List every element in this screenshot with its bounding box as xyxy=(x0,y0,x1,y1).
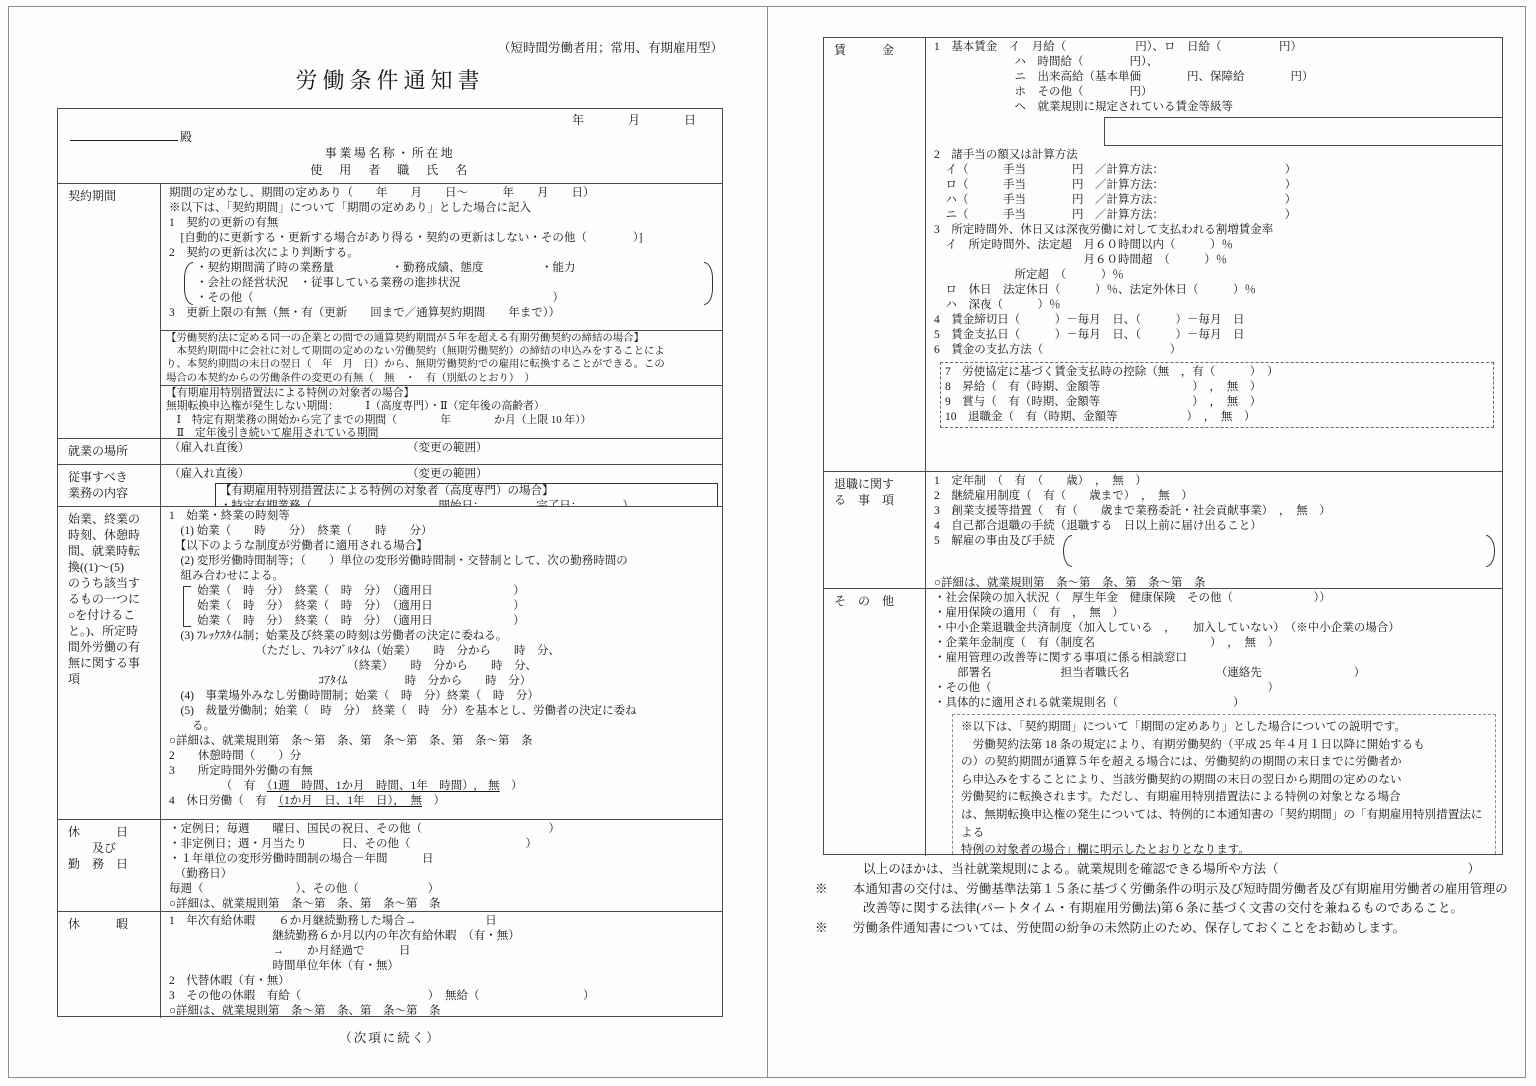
label-other: そ の 他 xyxy=(824,589,926,856)
overtime-pre: （ 有 xyxy=(169,780,267,792)
label-line: 賃 金 xyxy=(834,42,921,58)
overtime-post: ） xyxy=(500,780,523,792)
other-line: ・雇用保険の適用（ 有 ， 無 ） xyxy=(934,606,1498,621)
holiday-work-underlined: （1か月 日、1年 日）， 無 xyxy=(278,795,422,807)
page2-bottom-notes: 以上のほかは、当社就業規則による。就業規則を確認できる場所や方法（ ） ※ 本通… xyxy=(815,860,1509,938)
row-wages: 賃 金 1 基本賃金 イ 月給（ 円）、ロ 日給（ 円） ハ 時間給（ 円）、 … xyxy=(824,38,1502,471)
wage-line: 3 所定時間外、休日又は深夜労働に対して支払われる割増賃金率 xyxy=(934,223,1498,238)
row-leave: 休 暇 1 年次有給休暇 ６か月継続勤務した場合→ 日 継続勤務６か月以内の年次… xyxy=(58,911,722,1018)
other-line: ・企業年金制度（ 有（制度名 ） ， 無 ） xyxy=(934,636,1498,651)
leave-line: 時間単位年休（有・無） xyxy=(169,959,718,974)
explanation-line: は、無期転換申込権の発生については、特例的に本通知書の「契約期間」の「有期雇用特… xyxy=(961,806,1489,841)
wage-line: 1 基本賃金 イ 月給（ 円）、ロ 日給（ 円） xyxy=(934,40,1498,55)
explanation-line: 労働契約法第 18 条の規定により、有期労働契約（平成 25 年４月１日以降に開… xyxy=(961,736,1489,754)
dismissal-line: 5 解雇の事由及び手続 xyxy=(934,534,1498,568)
label-working-hours: 始業、終業の時刻、休憩時間、就業時転換((1)～(5)のうち該当するもの一つに○… xyxy=(58,507,161,819)
label-line: 間、就業時転 xyxy=(68,543,156,559)
form-type-note: （短時間労働者用；常用、有期雇用型） xyxy=(57,38,723,56)
label-line: 就業の場所 xyxy=(68,443,156,459)
addressee-suffix: 殿 xyxy=(180,130,192,144)
hours-line: (2) 変形労働時間制等；（ ）単位の変形労働時間制・交替制として、次の勤務時間… xyxy=(169,554,718,569)
wage-line: 4 賃金締切日（ ）－毎月 日、（ ）－毎月 日 xyxy=(934,313,1498,328)
contract-line: 1 契約の更新の有無 xyxy=(169,216,718,231)
content-duties: （雇入れ直後）（変更の範囲） 【有期雇用特別措置法による特例の対象者（高度専門）… xyxy=(161,465,722,506)
leave-line: ○詳細は、就業規則第 条～第 条、第 条～第 条 xyxy=(169,1004,718,1018)
renewal-criteria-line: ・その他（ ） xyxy=(196,291,701,306)
special-fixed-term-line: 【有期雇用特別措置法による特例の対象者（高度専門）の場合】 xyxy=(220,484,713,499)
hours-line: (1) 始業（ 時 分） 終業（ 時 分） xyxy=(169,524,718,539)
hired-immediately: （雇入れ直後） xyxy=(169,467,407,482)
contract-line: 2 契約の更新は次により判断する。 xyxy=(169,246,718,261)
wage-line: ロ（ 手当 円 ／計算方法： ） xyxy=(934,178,1498,193)
employer-name-address: 事業場名称・所在地 xyxy=(66,145,714,162)
holiday-line: 毎週（ ）、その他（ ） xyxy=(169,882,718,897)
wage-line: ニ（ 手当 円 ／計算方法： ） xyxy=(934,208,1498,223)
label-leave: 休 暇 xyxy=(58,912,161,1018)
other-line: ・中小企業退職金共済制度（加入している ， 加入していない） （※中小企業の場合… xyxy=(934,621,1498,636)
label-line: 項 xyxy=(68,671,156,687)
special-fixed-term-line: ・特定有期業務（ 開始日： 完了日： ） xyxy=(220,499,713,506)
label-wages: 賃 金 xyxy=(824,38,926,471)
hours-line: 組み合わせによる。 xyxy=(169,569,718,584)
date-line: 年 月 日 xyxy=(66,112,714,128)
hours-line: ○詳細は、就業規則第 条～第 条、第 条～第 条、第 条～第 条 xyxy=(169,734,718,749)
contract-period-main: 期間の定めなし、期間の定めあり（ 年 月 日～ 年 月 日）※以下は、「契約期間… xyxy=(161,184,722,330)
content-holidays: ・定例日；毎週 曜日、国民の祝日、その他（ ）・非定例日；週・月当たり 日、その… xyxy=(161,820,722,911)
content-contract-period: 期間の定めなし、期間の定めあり（ 年 月 日～ 年 月 日）※以下は、「契約期間… xyxy=(161,184,722,438)
leave-line: 2 代替休暇（有・無） xyxy=(169,974,718,989)
retirement-line: 2 継続雇用制度（ 有（ 歳まで） ， 無 ） xyxy=(934,489,1498,504)
wage-line: 6 賃金の支払方法（ ） xyxy=(934,343,1498,358)
hours-line: ｺｱﾀｲﾑ 時 分から 時 分） xyxy=(169,674,718,689)
label-line: 始業、終業の xyxy=(68,511,156,527)
document-title: 労働条件通知書 xyxy=(57,64,723,95)
hours-line: 【以下のような制度が労働者に適用される場合】 xyxy=(169,539,718,554)
wage-deduction-box: 7 労使協定に基づく賃金支払時の控除（無 ，有（ ） ）8 昇給（ 有（時期、金… xyxy=(940,362,1494,428)
shift-pattern-block: 始業（ 時 分） 終業（ 時 分） （適用日 ）始業（ 時 分） 終業（ 時 分… xyxy=(169,584,716,629)
hours-line: 2 休憩時間（ ）分 xyxy=(169,749,718,764)
wage-line: 月６０時間超 （ ）％ xyxy=(934,253,1498,268)
holiday-work-pre: 4 休日労働（ 有 xyxy=(169,795,278,807)
label-line: 従事すべき xyxy=(68,469,156,485)
other-line: ・社会保険の加入状況（ 厚生年金 健康保険 その他（ ）） xyxy=(934,591,1498,606)
explanation-line: の）の契約期間が通算５年を超える場合には、労働契約の期間の末日までに労働者か xyxy=(961,753,1489,771)
wage-line: ハ（ 手当 円 ／計算方法： ） xyxy=(934,193,1498,208)
bracket-left xyxy=(183,586,191,627)
holiday-work-line: 4 休日労働（ 有 （1か月 日、1年 日）， 無 ） xyxy=(169,794,718,809)
conversion-line: 場合の本契約からの労働条件の変更の有無（ 無 ・ 有（別紙のとおり） ） xyxy=(166,372,719,385)
special-measures-line: Ⅱ 定年後引き続いて雇用されている期間 xyxy=(166,427,719,438)
wage-line: ハ 時間給（ 円）、 xyxy=(934,55,1498,70)
deduction-line: 7 労使協定に基づく賃金支払時の控除（無 ，有（ ） ） xyxy=(945,365,1489,380)
contract-conversion-block: 【労働契約法に定める同一の企業との間での通算契約期間が５年を超える有期労働契約の… xyxy=(161,330,722,385)
label-line: 時刻、休憩時 xyxy=(68,527,156,543)
label-line: 退職に関す xyxy=(834,476,921,492)
dismissal-blank xyxy=(1075,534,1483,568)
contract-line: ※以下は、「契約期間」について「期間の定めあり」とした場合に記入 xyxy=(169,201,718,216)
deduction-line: 10 退職金（ 有（時期、金額等 ） ， 無 ） xyxy=(945,410,1489,425)
other-line: 部署名 担当者職氏名 （連絡先 ） xyxy=(934,666,1498,681)
conversion-line: 【労働契約法に定める同一の企業との間での通算契約期間が５年を超える有期労働契約の… xyxy=(166,332,719,345)
special-measures-line: Ⅰ 特定有期業務の開始から完了までの期間（ 年 か月（上限 10 年）） xyxy=(166,414,719,427)
leave-line: 3 その他の休暇 有給（ ） 無給（ ） xyxy=(169,989,718,1004)
hours-line: 3 所定時間外労働の有無 xyxy=(169,764,718,779)
page2-table: 賃 金 1 基本賃金 イ 月給（ 円）、ロ 日給（ 円） ハ 時間給（ 円）、 … xyxy=(823,37,1503,855)
row-duties: 従事すべき業務の内容 （雇入れ直後）（変更の範囲） 【有期雇用特別措置法による特… xyxy=(58,464,722,506)
deduction-line: 9 賞与（ 有（時期、金額等 ） ， 無 ） xyxy=(945,395,1489,410)
hours-line: (4) 事業場外みなし労働時間制；始業（ 時 分）終業（ 時 分） xyxy=(169,689,718,704)
holiday-line: ○詳細は、就業規則第 条～第 条、第 条～第 条 xyxy=(169,897,718,911)
label-line: 業務の内容 xyxy=(68,485,156,501)
label-work-location: 就業の場所 xyxy=(58,439,161,464)
big-paren-right xyxy=(1486,535,1495,567)
header-row: 年 月 日 殿 事業場名称・所在地 使 用 者 職 氏 名 xyxy=(58,109,722,183)
hours-line: （ただし、ﾌﾚｷｼﾌﾞﾙﾀｲﾑ（始業） 時 分から 時 分、 xyxy=(169,644,718,659)
wage-line: イ（ 手当 円 ／計算方法： ） xyxy=(934,163,1498,178)
content-other: ・社会保険の加入状況（ 厚生年金 健康保険 その他（ ））・雇用保険の適用（ 有… xyxy=(926,589,1502,856)
label-line: そ の 他 xyxy=(834,593,921,609)
content-work-location: （雇入れ直後）（変更の範囲） xyxy=(161,439,722,464)
label-holidays: 休 日 及び勤 務 日 xyxy=(58,820,161,911)
label-line: のうち該当す xyxy=(68,575,156,591)
contract-line: [自動的に更新する・更新する場合があり得る・契約の更新はしない・その他（ ）] xyxy=(169,231,718,246)
other-line: ・その他（ ） xyxy=(934,681,1498,696)
label-line: 及び xyxy=(68,840,156,856)
big-paren-right xyxy=(704,262,713,305)
holiday-line: ・定例日；毎週 曜日、国民の祝日、その他（ ） xyxy=(169,822,718,837)
addressee-line: 殿 xyxy=(66,128,714,145)
wage-line: 2 諸手当の額又は計算方法 xyxy=(934,148,1498,163)
label-line: 間外労働の有 xyxy=(68,639,156,655)
retirement-line: 4 自己都合退職の手続（退職する 日以上前に届け出ること） xyxy=(934,519,1498,534)
row-retirement: 退職に関する 事 項 1 定年制 （ 有 （ 歳） ， 無 ）2 継続雇用制度（… xyxy=(824,471,1502,588)
row-work-location: 就業の場所 （雇入れ直後）（変更の範囲） xyxy=(58,438,722,464)
holiday-line: ・１年単位の変形労働時間制の場合－年間 日 xyxy=(169,852,718,867)
label-line: と。)、所定時 xyxy=(68,623,156,639)
leave-line: → か月経過で 日 xyxy=(169,944,718,959)
label-line: 無に関する事 xyxy=(68,655,156,671)
explanation-line: 労働契約に転換されます。ただし、有期雇用特別措置法による特例の対象となる場合 xyxy=(961,788,1489,806)
wage-line: イ 所定時間外、法定超 月６０時間以内（ ）％ xyxy=(934,238,1498,253)
special-measures-line: 無期転換申込権が発生しない期間： Ⅰ（高度専門）・Ⅱ（定年後の高齢者） xyxy=(166,400,719,413)
label-line: ○を付けるこ xyxy=(68,607,156,623)
explanation-line: ら申込みをすることにより、当該労働契約の期間の末日の翌日から期間の定めのない xyxy=(961,771,1489,789)
wage-grade-box xyxy=(1104,117,1502,146)
shift-line: 始業（ 時 分） 終業（ 時 分） （適用日 ） xyxy=(197,614,716,629)
big-paren-left xyxy=(1063,535,1072,567)
fixed-term-explanation-box: ※以下は、「契約期間」について「期間の定めあり」とした場合についての説明です。 … xyxy=(952,714,1496,856)
wage-line: ロ 休日 法定休日（ ）％、法定外休日（ ）％ xyxy=(934,283,1498,298)
label-line: 契約期間 xyxy=(68,188,156,204)
retirement-detail-line: ○詳細は、就業規則第 条～第 条、第 条～第 条 xyxy=(934,576,1498,588)
retirement-line: 1 定年制 （ 有 （ 歳） ， 無 ） xyxy=(934,474,1498,489)
note-keep-document: ※ 労働条件通知書については、労使間の紛争の未然防止のため、保存しておくことをお… xyxy=(815,919,1509,939)
label-duties: 従事すべき業務の内容 xyxy=(58,465,161,506)
wage-line: ニ 出来高給（基本単価 円、保障給 円） xyxy=(934,70,1498,85)
hours-line: 1 始業・終業の時刻等 xyxy=(169,509,718,524)
content-working-hours: 1 始業・終業の時刻等 (1) 始業（ 時 分） 終業（ 時 分） 【以下のよう… xyxy=(161,507,722,819)
renewal-criteria-block: ・契約期間満了時の業務量 ・勤務成績、態度 ・能力・会社の経営状況 ・従事してい… xyxy=(181,261,716,306)
holiday-work-post: ） xyxy=(422,795,445,807)
wage-line: ハ 深夜（ ）％ xyxy=(934,298,1498,313)
holiday-line: （勤務日） xyxy=(169,867,718,882)
wage-line: 5 賃金支払日（ ）－毎月 日、（ ）－毎月 日 xyxy=(934,328,1498,343)
note-work-rules: 以上のほかは、当社就業規則による。就業規則を確認できる場所や方法（ ） xyxy=(815,860,1509,880)
big-paren-left xyxy=(184,262,193,305)
label-line: 換((1)～(5) xyxy=(68,559,156,575)
content-wages: 1 基本賃金 イ 月給（ 円）、ロ 日給（ 円） ハ 時間給（ 円）、 ニ 出来… xyxy=(926,38,1502,471)
dismissal-label: 5 解雇の事由及び手続 xyxy=(934,534,1055,568)
duties-line: （雇入れ直後）（変更の範囲） xyxy=(169,467,718,482)
overtime-underlined: （1週 時間、1か月 時間、1年 時間）, 無 xyxy=(267,780,500,792)
label-line: 勤 務 日 xyxy=(68,856,156,872)
page-divider-line xyxy=(767,6,768,1078)
wage-line: ヘ 就業規則に規定されている賃金等級等 xyxy=(934,100,1498,115)
special-measures-line: 【有期雇用特別措置法による特例の対象者の場合】 xyxy=(166,387,719,400)
note-legal-basis: ※ 本通知書の交付は、労働基準法第１５条に基づく労働条件の明示及び短時間労働者及… xyxy=(815,880,1509,919)
hours-line: （終業） 時 分から 時 分、 xyxy=(169,659,718,674)
page1-footer: （次項に続く） xyxy=(57,1028,723,1046)
row-contract-period: 契約期間 期間の定めなし、期間の定めあり（ 年 月 日～ 年 月 日）※以下は、… xyxy=(58,183,722,438)
page1-table: 年 月 日 殿 事業場名称・所在地 使 用 者 職 氏 名 契約期間 期間の定め… xyxy=(57,108,723,1017)
label-line: 休 日 xyxy=(68,824,156,840)
wage-line: 所定超 （ ）％ xyxy=(934,268,1498,283)
overtime-line: （ 有 （1週 時間、1か月 時間、1年 時間）, 無 ） xyxy=(169,779,718,794)
special-measures-block: 【有期雇用特別措置法による特例の対象者の場合】無期転換申込権が発生しない期間： … xyxy=(161,385,722,438)
holiday-line: ・非定例日；週・月当たり 日、その他（ ） xyxy=(169,837,718,852)
leave-line: 1 年次有給休暇 ６か月継続勤務した場合→ 日 xyxy=(169,914,718,929)
change-scope: （変更の範囲） xyxy=(407,468,488,480)
label-line: るもの一つに xyxy=(68,591,156,607)
label-contract-period: 契約期間 xyxy=(58,184,161,438)
other-line: ・具体的に適用される就業規則名（ ） xyxy=(934,696,1498,711)
content-retirement: 1 定年制 （ 有 （ 歳） ， 無 ）2 継続雇用制度（ 有（ 歳まで） ， … xyxy=(926,472,1502,588)
hours-line: (3) ﾌﾚｯｸｽﾀｲﾑ制；始業及び終業の時刻は労働者の決定に委ねる。 xyxy=(169,629,718,644)
wage-line: ホ その他（ 円） xyxy=(934,85,1498,100)
row-other: そ の 他 ・社会保険の加入状況（ 厚生年金 健康保険 その他（ ））・雇用保険… xyxy=(824,588,1502,856)
shift-line: 始業（ 時 分） 終業（ 時 分） （適用日 ） xyxy=(197,584,716,599)
addressee-blank-underline xyxy=(70,128,178,141)
hired-immediately: （雇入れ直後） xyxy=(169,441,407,456)
deduction-line: 8 昇給（ 有（時期、金額等 ） ， 無 ） xyxy=(945,380,1489,395)
hours-line: る。 xyxy=(169,719,718,734)
work-location-line: （雇入れ直後）（変更の範囲） xyxy=(169,441,718,456)
conversion-line: り、本契約期間の末日の翌日（ 年 月 日）から、無期労働契約での雇用に転換するこ… xyxy=(166,358,719,371)
retirement-line: 3 創業支援等措置（ 有（ 歳まで業務委託・社会貢献事業） ， 無 ） xyxy=(934,504,1498,519)
renewal-criteria-line: ・会社の経営状況 ・従事している業務の進捗状況 xyxy=(196,276,701,291)
renewal-criteria-line: ・契約期間満了時の業務量 ・勤務成績、態度 ・能力 xyxy=(196,261,701,276)
content-leave: 1 年次有給休暇 ６か月継続勤務した場合→ 日 継続勤務６か月以内の年次有給休暇… xyxy=(161,912,722,1018)
explanation-line: 特例の対象者の場合」欄に明示したとおりとなります。 xyxy=(961,841,1489,856)
leave-line: 継続勤務６か月以内の年次有給休暇 （有・無） xyxy=(169,929,718,944)
special-fixed-term-box: 【有期雇用特別措置法による特例の対象者（高度専門）の場合】・特定有期業務（ 開始… xyxy=(215,483,718,506)
change-scope: （変更の範囲） xyxy=(407,442,488,454)
label-line: る 事 項 xyxy=(834,492,921,508)
row-working-hours: 始業、終業の時刻、休憩時間、就業時転換((1)～(5)のうち該当するもの一つに○… xyxy=(58,506,722,819)
contract-line: 期間の定めなし、期間の定めあり（ 年 月 日～ 年 月 日） xyxy=(169,186,718,201)
explanation-line: ※以下は、「契約期間」について「期間の定めあり」とした場合についての説明です。 xyxy=(961,718,1489,736)
renewal-limit-line: 3 更新上限の有無（無・有（更新 回まで／通算契約期間 年まで）） xyxy=(169,306,718,321)
shift-line: 始業（ 時 分） 終業（ 時 分） （適用日 ） xyxy=(197,599,716,614)
conversion-line: 本契約期間中に会社に対して期間の定めのない労働契約（無期労働契約）の締結の申込み… xyxy=(166,345,719,358)
other-line: ・雇用管理の改善等に関する事項に係る相談窓口 xyxy=(934,651,1498,666)
row-holidays: 休 日 及び勤 務 日 ・定例日；毎週 曜日、国民の祝日、その他（ ）・非定例日… xyxy=(58,819,722,911)
header-cell: 年 月 日 殿 事業場名称・所在地 使 用 者 職 氏 名 xyxy=(58,109,722,183)
label-retirement: 退職に関する 事 項 xyxy=(824,472,926,588)
employer-title-name: 使 用 者 職 氏 名 xyxy=(66,162,714,179)
label-line: 休 暇 xyxy=(68,916,156,932)
hours-line: (5) 裁量労働制；始業（ 時 分） 終業（ 時 分）を基本とし、労働者の決定に… xyxy=(169,704,718,719)
